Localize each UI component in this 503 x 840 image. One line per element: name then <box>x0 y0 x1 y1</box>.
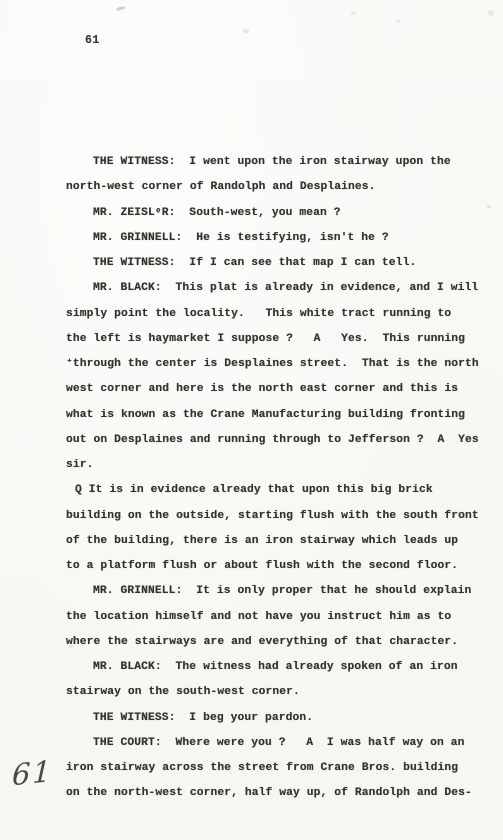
transcript-line: to a platform flush or about flush with … <box>66 554 486 579</box>
transcript-line: of the building, there is an iron stairw… <box>66 529 486 554</box>
transcript-line: simply point the locality. This white tr… <box>66 302 486 327</box>
transcript-line: iron stairway across the street from Cra… <box>66 756 486 781</box>
scan-speck <box>243 29 249 33</box>
transcript-line: the left is haymarket I suppose ? A Yes.… <box>66 327 486 352</box>
transcript-line: north-west corner of Randolph and Despla… <box>66 175 486 200</box>
transcript-line: THE WITNESS: If I can see that map I can… <box>66 251 486 276</box>
transcript-line: MR. ZEISLᵉR: South-west, you mean ? <box>66 201 486 226</box>
transcript-line: ⁺through the center is Desplaines street… <box>66 352 486 377</box>
transcript-line: west corner and here is the north east c… <box>66 377 486 402</box>
handwritten-page-number: 61 <box>12 754 54 793</box>
transcript-line: stairway on the south-west corner. <box>66 680 486 705</box>
transcript-body: THE WITNESS: I went upon the iron stairw… <box>66 150 486 807</box>
scan-speck <box>116 6 125 11</box>
transcript-line: THE COURT: Where were you ? A I was half… <box>66 731 486 756</box>
transcript-line: THE WITNESS: I went upon the iron stairw… <box>66 150 486 175</box>
transcript-line: sir. <box>66 453 486 478</box>
transcript-line: building on the outside, starting flush … <box>66 504 486 529</box>
scanned-document-page: { "page": { "typed_page_number": "61", "… <box>0 0 503 840</box>
transcript-line: Q It is in evidence already that upon th… <box>66 478 486 503</box>
transcript-line: the location himself and not have you in… <box>66 605 486 630</box>
scan-speck <box>487 205 491 208</box>
transcript-line: out on Desplaines and running through to… <box>66 428 486 453</box>
paper-background: 61 THE WITNESS: I went upon the iron sta… <box>0 0 503 840</box>
scan-speck <box>350 11 357 16</box>
scan-speck <box>133 230 136 233</box>
transcript-line: MR. BLACK: The witness had already spoke… <box>66 655 486 680</box>
transcript-line: MR. GRINNELL: He is testifying, isn't he… <box>66 226 486 251</box>
scan-speck <box>396 19 402 24</box>
transcript-line: MR. BLACK: This plat is already in evide… <box>66 276 486 301</box>
transcript-line: where the stairways are and everything o… <box>66 630 486 655</box>
scan-speck <box>68 645 73 648</box>
typed-page-number: 61 <box>85 34 100 47</box>
transcript-line: what is known as the Crane Manufacturing… <box>66 403 486 428</box>
scan-speck <box>488 10 494 16</box>
transcript-line: MR. GRINNELL: It is only proper that he … <box>66 579 486 604</box>
transcript-line: THE WITNESS: I beg your pardon. <box>66 706 486 731</box>
transcript-line: on the north-west corner, half way up, o… <box>66 781 486 806</box>
